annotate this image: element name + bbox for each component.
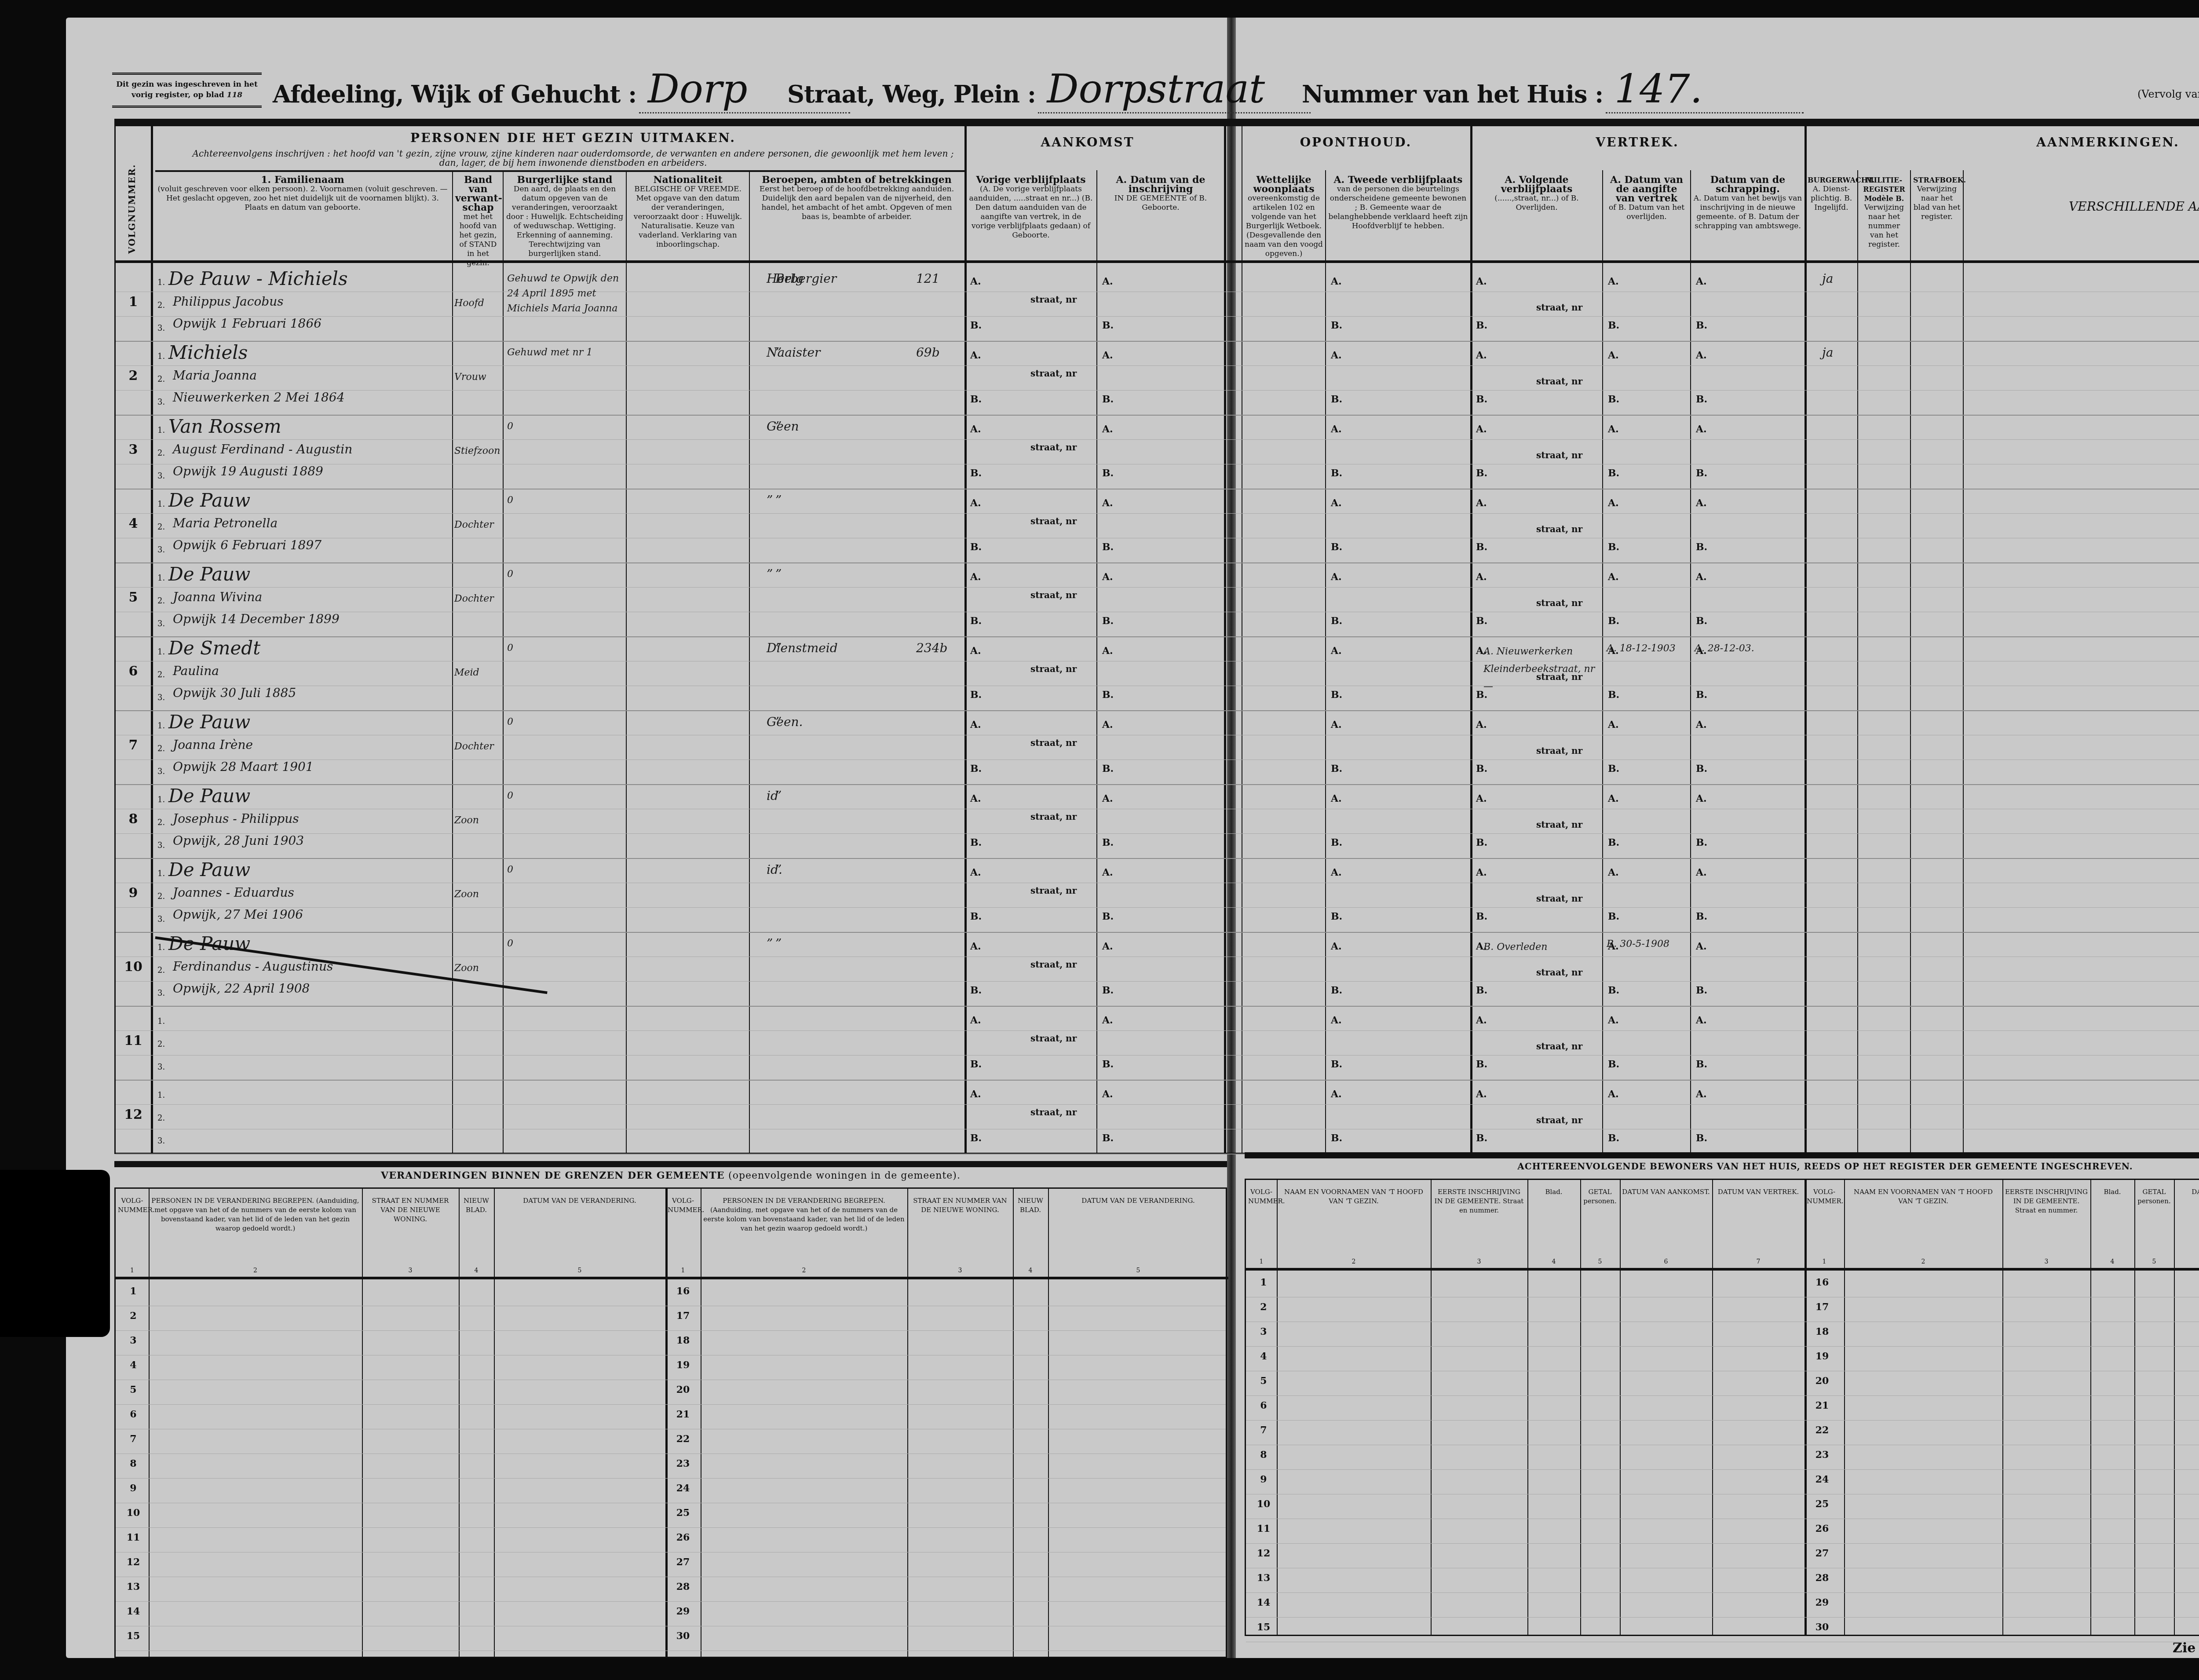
label-a: A. [1476,793,1487,804]
label-b: B. [1696,837,1707,848]
row-divider [116,932,2199,933]
grid-header: STRAAT EN NUMMER VAN DE NIEUWE WONING. [909,1195,1012,1216]
voornamen: Joanna Irène [173,738,253,752]
grid-row-line [1246,1568,2199,1568]
straat-label: straat, nr [1030,811,1077,822]
row-subline [116,907,2199,908]
label-a: A. [1696,1088,1707,1100]
voornamen: Philippus Jacobus [173,294,284,309]
label-a: A. [1696,276,1707,287]
sub-label: 1. [157,795,165,804]
grid-header: NAAM EN VOORNAMEN VAN 'T HOOFD VAN 'T GE… [1845,1187,2001,1207]
grid-header: DATUM VAN DE VERANDERING. [1049,1195,1227,1206]
grid-row-number: 7 [1250,1424,1277,1436]
col-sep-14 [1857,170,1858,1153]
label-b: B. [1476,1059,1487,1070]
familienaam: De Pauw [168,785,250,807]
grid-row-number: 3 [120,1335,146,1346]
label-a: A. [1331,793,1342,804]
grid-col-sep [1844,1180,1845,1635]
sub-label: 1. [157,721,165,730]
label-a: A. [1476,1015,1487,1026]
row-subline [116,883,2199,883]
label-a: A. [1331,719,1342,730]
label-a: A. [1102,793,1113,804]
label-b: B. [1608,615,1619,627]
label-b: B. [1696,320,1707,331]
grid-row-number: 6 [120,1409,146,1420]
grid-row-number: 16 [670,1286,696,1297]
row-subline [116,587,2199,588]
beroep: id. [767,862,782,877]
label-a: A. [1102,497,1113,509]
grid-header-num: 4 [1527,1258,1580,1265]
veranderingen-title-text: VERANDERINGEN BINNEN DE GRENZEN DER GEME… [381,1170,724,1181]
row-subline [116,1104,2199,1105]
colhead-inschr-desc: IN DE GEMEENTE of B. Geboorte. [1114,194,1207,212]
sub-label: 1. [157,943,165,952]
prior-register-blad: 118 [227,91,243,99]
colhead-dvertrek-desc: of B. Datum van het overlijden. [1609,203,1684,221]
label-a: A. [1608,276,1619,287]
voornamen: Ferdinandus - Augustinus [173,959,333,974]
grid-row-number: 6 [1250,1400,1277,1411]
colhead-bw-desc: A. Dienst-plichtig. B. Ingelijfd. [1811,185,1852,212]
label-b: B. [1696,763,1707,774]
grid-row-line [116,1651,1226,1651]
grid-row-line [1246,1297,2199,1297]
grid-row-number: 9 [1250,1474,1277,1485]
grid-row-number: 20 [1809,1375,1835,1387]
label-a: A. [1696,867,1707,878]
row-number: 3 [116,442,151,457]
label-b: B. [1696,911,1707,922]
zie-vervolg: Zie vervolg blad ______________ [2173,1640,2199,1656]
sub-label: 3. [157,471,165,481]
grid-row-line [116,1626,1226,1626]
grid-row-number: 22 [670,1433,696,1445]
label-a: A. [970,276,981,287]
grid-header-num: 5 [1580,1258,1620,1265]
label-b: B. [970,1132,982,1144]
grid-col-sep [149,1189,150,1657]
label-b: B. [1608,689,1619,701]
sub-label: 3. [157,1063,165,1072]
label-b: B. [1331,985,1342,996]
grid-row-line [1246,1346,2199,1347]
colhead-woon-desc: overeenkomstig de artikelen 102 en volge… [1245,194,1323,258]
grid-header-num: 4 [1013,1267,1048,1274]
label-a: A. [1102,941,1113,952]
grid-row-number: 5 [1250,1375,1277,1387]
col-sep-9 [1325,170,1326,1153]
grid-row-number: 23 [1809,1449,1835,1461]
grid-header-num: 5 [2134,1258,2174,1265]
grid-header-num: 1 [665,1267,701,1274]
colhead-burg-title: Burgerlijke stand [506,175,624,185]
grid-header-num: 2 [1844,1258,2002,1265]
label-b: B. [1476,320,1487,331]
row-divider [116,636,2199,637]
datum-vertrek: A. 18-12-1903 [1607,643,1676,654]
grid-row-number: 2 [120,1310,146,1322]
col-sep-10 [1470,126,1472,1153]
row-divider [116,784,2199,785]
grid-row-number: 13 [1250,1572,1277,1584]
grid-row-number: 25 [670,1507,696,1519]
grid-header: DATUM VAN AANKOMST. [1621,1187,1711,1198]
burgerlijke-stand: 0 [507,419,624,434]
grid-header: PERSONEN IN DE VERANDERING BEGREPEN. (Aa… [702,1195,906,1234]
label-b: B. [970,1059,982,1070]
grid-row-line [116,1478,1226,1479]
label-b: B. [1102,467,1114,479]
grid-header-rule [116,1277,1228,1279]
row-subline [116,1055,2199,1055]
straat-label: straat, nr [1030,664,1077,674]
colhead-nationaliteit: NationaliteitBELGISCHE OF VREEMDE. Met o… [628,175,748,250]
colhead-datum-inschrijving: A. Datum van de inschrijvingIN DE GEMEEN… [1099,175,1223,213]
veranderingen-subtitle: (opeenvolgende woningen in de gemeente). [728,1170,961,1181]
colhead-nat-title: Nationaliteit [629,175,747,185]
label-b: B. [1608,837,1619,848]
burgerlijke-stand: 0 [507,862,624,877]
label-b: B. [970,985,982,996]
grid-header-num: 3 [907,1267,1013,1274]
col-sep-13 [1804,126,1807,1153]
row-number: 2 [116,368,151,383]
colhead-schrapping: Datum van de schrapping.A. Datum van het… [1692,175,1803,232]
bewoners-table: VOLG-NUMMER.1NAAM EN VOORNAMEN VAN 'T HO… [1245,1179,2199,1636]
label-b: B. [1102,763,1114,774]
huisnummer-label: Nummer van het Huis : [1302,80,1603,108]
grid-header-num: 5 [494,1267,665,1274]
colhead-beroep: Beroepen, ambten of betrekkingenEerst he… [751,175,962,223]
familienaam: De Pauw [168,711,250,733]
straat-field: Straat, Weg, Plein : Dorpstraat [787,66,1311,113]
burgerlijke-stand: Gehuwd met nr 1 [507,345,624,360]
grid-col-sep [1277,1180,1278,1635]
colhead-tweede-verblijfplaats: A. Tweede verblijfplaatsvan de personen … [1327,175,1469,232]
grid-row-number: 30 [1809,1622,1835,1633]
straat-label: straat, nr [1030,442,1077,453]
afdeling-label: Afdeeling, Wijk of Gehucht : [273,80,636,108]
label-b: B. [970,394,982,405]
colhead-volgende-verblijfplaats: A. Volgende verblijfplaats(......,straat… [1472,175,1601,213]
veranderingen-title: VERANDERINGEN BINNEN DE GRENZEN DER GEME… [114,1170,1227,1181]
straat-label: straat, nr [1536,302,1582,313]
straat-label: straat, nr [1536,745,1582,756]
grid-row-number: 24 [670,1483,696,1494]
label-b: B. [970,763,982,774]
binder-clip [0,1170,110,1337]
label-b: B. [1476,394,1487,405]
sub-label: 1. [157,573,165,583]
colhead-volgende-title: A. Volgende verblijfplaats [1473,175,1600,194]
grid-header-num: 3 [362,1267,459,1274]
grid-row-number: 26 [1809,1523,1835,1534]
grid-row-number: 26 [670,1532,696,1543]
label-b: B. [1696,985,1707,996]
beroep: id [767,789,778,803]
straat-label: straat, nr [1536,967,1582,978]
beroep: Naaister [767,345,820,360]
grid-row-number: 14 [1250,1597,1277,1608]
grid-row-number: 16 [1809,1277,1835,1288]
grid-row-number: 10 [1250,1498,1277,1510]
colhead-mil-title: MILITIE-REGISTER Modèle B. [1860,175,1908,203]
sub-label: 3. [157,619,165,628]
label-a: A. [1696,424,1707,435]
row-number: 7 [116,738,151,753]
grid-header: VOLG-NUMMER. [1806,1187,1843,1207]
band-verwantschap: Dochter [454,593,494,604]
label-b: B. [1608,1132,1619,1144]
label-a: A. [970,350,981,361]
grid-row-line [116,1306,1226,1306]
colhead-vorige-verblijfplaats: Vorige verblijfplaats(A. De vorige verbl… [967,175,1095,241]
label-b: B. [1331,689,1342,701]
burgerlijke-stand: 0 [507,936,624,951]
label-b: B. [970,911,982,922]
grid-col-sep [665,1189,668,1657]
col-sep-7 [1096,170,1097,1153]
label-a: A. [1331,867,1342,878]
grid-row-number: 28 [670,1581,696,1592]
geboorte: Opwijk 6 Februari 1897 [173,538,321,552]
afdeling-field: Afdeeling, Wijk of Gehucht : Dorp [273,66,850,113]
grid-header-rule [1246,1268,2199,1271]
straat-label: straat, nr [1536,1115,1582,1125]
label-b: B. [1608,985,1619,996]
grid-row-number: 3 [1250,1326,1277,1337]
grid-col-sep [362,1189,363,1657]
volgende-verblijfplaats: B. Overleden [1483,939,1602,956]
grid-row-number: 17 [1809,1301,1835,1313]
familienaam: De Pauw [168,489,250,511]
colhead-straf-desc: Verwijzing naar het blad van het registe… [1914,185,1961,221]
label-a: A. [1331,645,1342,657]
colhead-nat-desc: BELGISCHE OF VREEMDE. Met opgave van den… [634,185,742,249]
grid-header-num: 7 [1712,1258,1804,1265]
sub-label: 1. [157,1091,165,1100]
grid-row-number: 30 [670,1630,696,1642]
label-b: B. [1331,1059,1342,1070]
burgerlijke-stand: 0 [507,493,624,508]
sub-label: 3. [157,398,165,407]
grid-row-number: 11 [1250,1523,1277,1534]
band-verwantschap: Vrouw [454,372,486,383]
grid-header-num: 2 [1277,1258,1431,1265]
beroep-nummer: 69b [916,345,940,360]
col-sep-4 [626,170,627,1153]
label-b: B. [1608,541,1619,553]
straat-label: straat, nr [1536,376,1582,387]
label-a: A. [1608,719,1619,730]
bottom-right-rule [1245,1152,2199,1158]
label-b: B. [1102,541,1114,553]
label-a: A. [1476,424,1487,435]
beroep: Herbergier [767,271,836,286]
straat-label: straat, nr [1030,590,1077,600]
label-a: A. [1696,941,1707,952]
colhead-naam-desc: (voluit geschreven voor elken persoon). … [157,185,447,212]
grid-col-sep [2090,1180,2091,1635]
grid-row-number: 24 [1809,1474,1835,1485]
colhead-bw-title: BURGERWACHT. [1808,175,1855,185]
label-b: B. [1102,1132,1114,1144]
band-verwantschap: Zoon [454,815,479,826]
nationaliteit: ” [775,567,782,581]
grid-row-number: 22 [1809,1424,1835,1436]
colhead-mil-desc: Verwijzing naar het nummer van het regis… [1864,203,1904,249]
colhead-datum-vertrek: A. Datum van de aangifte van vertrekof B… [1604,175,1689,223]
grid-col-sep [1712,1180,1713,1635]
row-divider [116,562,2199,563]
beroep: Geen [767,419,799,434]
label-a: A. [1102,350,1113,361]
row-subline [116,464,2199,464]
grid-row-number: 18 [1809,1326,1835,1337]
label-b: B. [1476,541,1487,553]
label-b: B. [1696,1059,1707,1070]
straat-label: straat, nr [1030,368,1077,379]
section-personen: PERSONEN DIE HET GEZIN UITMAKEN. [160,131,986,145]
label-b: B. [1608,911,1619,922]
label-a: A. [970,719,981,730]
label-b: B. [1476,467,1487,479]
label-a: A. [1608,793,1619,804]
label-a: A. [1608,497,1619,509]
grid-row-line [116,1577,1226,1577]
colhead-militie: MILITIE-REGISTER Modèle B.Verwijzing naa… [1859,175,1909,250]
grid-header-num: 3 [1431,1258,1527,1265]
grid-row-line [1246,1519,2199,1519]
voornamen: Maria Joanna [173,368,257,383]
voornamen: Paulina [173,664,219,678]
grid-col-sep [1013,1189,1014,1657]
label-b: B. [1102,911,1114,922]
straat-label: straat, nr [1030,959,1077,970]
grid-row-number: 27 [670,1556,696,1568]
straat-label: straat, nr [1030,294,1077,305]
row-subline [116,439,2199,440]
colhead-dvertrek-title: A. Datum van de aangifte van vertrek [1605,175,1688,203]
straat-label: straat, nr [1536,819,1582,830]
persons-table: PERSONEN DIE HET GEZIN UITMAKEN. Achtere… [114,125,2199,1154]
label-a: A. [1102,1015,1113,1026]
grid-header-num: 3 [2002,1258,2090,1265]
grid-col-sep [1620,1180,1621,1635]
personen-subrule [155,170,964,172]
label-a: A. [970,941,981,952]
label-a: A. [1331,571,1342,583]
grid-row-number: 1 [1250,1277,1277,1288]
grid-row-number: 19 [1809,1351,1835,1362]
row-subline [116,316,2199,317]
grid-header-num: 1 [1246,1258,1277,1265]
label-a: A. [1331,1015,1342,1026]
label-a: A. [1102,645,1113,657]
label-a: A. [1608,1088,1619,1100]
grid-header: GETAL personen. [1582,1187,1618,1207]
row-number: 11 [116,1033,151,1048]
grid-row-line [116,1429,1226,1429]
grid-header: EERSTE INSCHRIJVING IN DE GEMEENTE. Stra… [1432,1187,1526,1216]
label-a: A. [1696,719,1707,730]
grid-row-line [1246,1494,2199,1494]
sub-label: 1. [157,500,165,509]
label-b: B. [1102,320,1114,331]
row-subline [116,809,2199,809]
grid-header-num: 2 [149,1267,362,1274]
colhead-inschr-title: A. Datum van de inschrijving [1099,175,1222,194]
label-b: B. [1696,394,1707,405]
burgerlijke-stand: 0 [507,567,624,582]
colhead-band-title: Band van verwant-schap [455,175,501,212]
col-sep-15 [1910,170,1911,1153]
sub-label: 2. [157,892,165,901]
row-subline [116,292,2199,292]
label-b: B. [1331,541,1342,553]
row-subline [116,1030,2199,1031]
label-a: A. [1331,497,1342,509]
grid-col-sep [1431,1180,1432,1635]
label-b: B. [1331,1132,1342,1144]
volgende-verblijfplaats: A. Nieuwerkerken Kleinderbeekstraat, nr … [1483,643,1602,696]
beroep: ” [767,567,773,581]
grid-row-line [116,1404,1226,1405]
label-b: B. [1476,615,1487,627]
familienaam: Michiels [168,342,248,363]
band-verwantschap: Stiefzoon [454,446,500,457]
label-a: A. [1476,867,1487,878]
label-b: B. [1696,615,1707,627]
grid-header-num: 2 [701,1267,907,1274]
label-a: A. [1331,941,1342,952]
label-a: A. [1696,793,1707,804]
row-divider [116,858,2199,859]
grid-header: DATUM VAN VERTREK. [1713,1187,1803,1198]
label-b: B. [1696,541,1707,553]
grid-header: PERSONEN IN DE VERANDERING BEGREPEN. (Aa… [150,1195,361,1234]
straat-label: straat, nr [1030,885,1077,896]
label-a: A. [1102,571,1113,583]
grid-row-number: 10 [120,1507,146,1519]
label-a: A. [970,793,981,804]
voornamen: Maria Petronella [173,516,278,530]
grid-row-line [1246,1543,2199,1544]
sub-label: 3. [157,324,165,333]
grid-row-line [1246,1469,2199,1470]
geboorte: Opwijk 28 Maart 1901 [173,760,314,774]
vervolg-field: (Vervolg van het Blad ____________) [2137,88,2199,100]
sub-label: 1. [157,278,165,287]
beroep-nummer: 234b [916,641,947,655]
band-verwantschap: Dochter [454,519,494,530]
label-a: A. [1331,350,1342,361]
colhead-beroep-title: Beroepen, ambten of betrekkingen [752,175,961,185]
sub-label: 2. [157,301,165,310]
burgerlijke-stand: 0 [507,641,624,656]
grid-header-num: 6 [1620,1258,1712,1265]
label-a: A. [1476,276,1487,287]
colhead-naam: 1. Familienaam(voluit geschreven voor el… [155,175,450,213]
grid-row-number: 21 [1809,1400,1835,1411]
label-b: B. [1331,320,1342,331]
grid-header: VOLG-NUMMER. [1247,1187,1275,1207]
label-b: B. [1608,394,1619,405]
